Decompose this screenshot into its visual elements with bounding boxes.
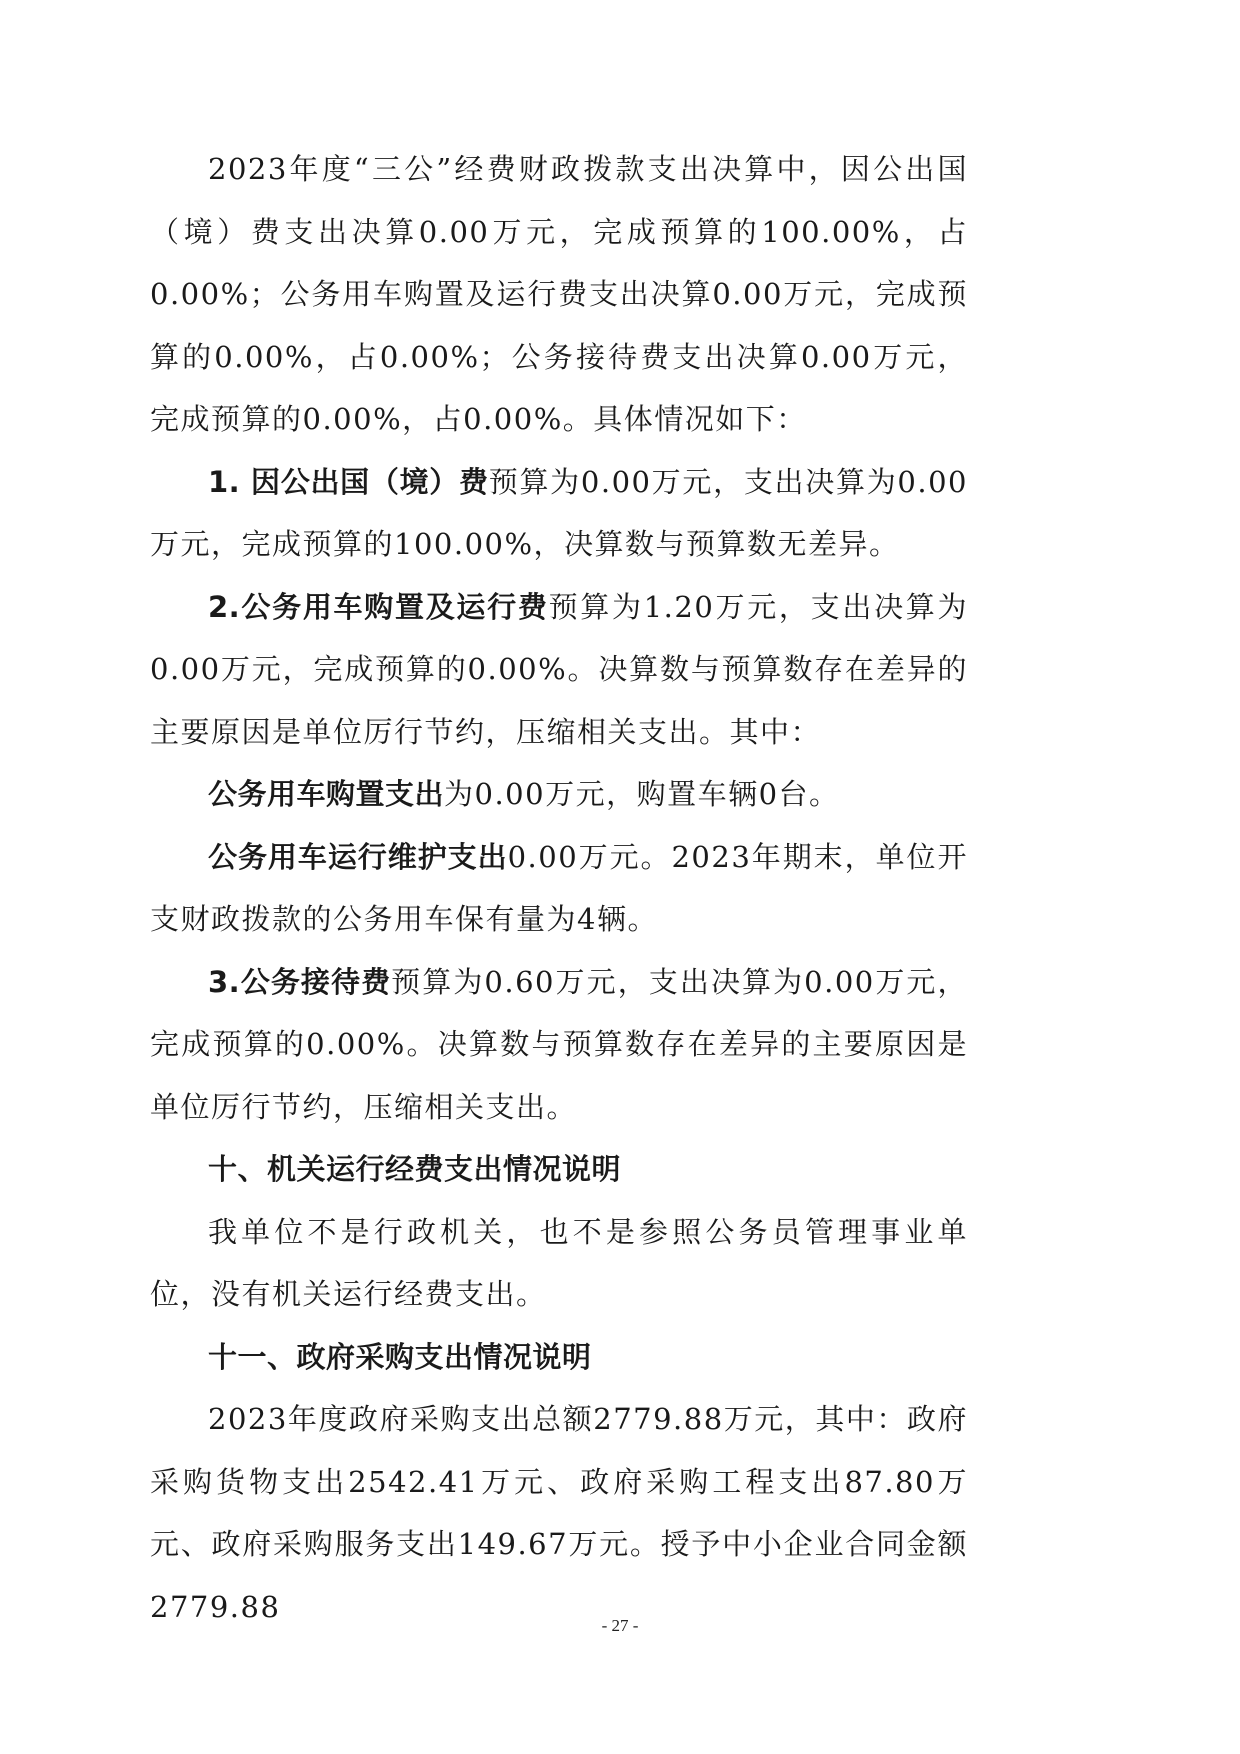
paragraph-reception: 3.公务接待费预算为0.60万元，支出决算为0.00万元，完成预算的0.00%。… <box>150 951 968 1139</box>
paragraph-procurement: 2023年度政府采购支出总额2779.88万元，其中：政府采购货物支出2542.… <box>150 1388 968 1638</box>
paragraph-bold-lead: 公务用车购置支出 <box>208 777 444 811</box>
paragraph-bold-lead: 2.公务用车购置及运行费 <box>208 590 549 624</box>
paragraph-text: 2023年度政府采购支出总额2779.88万元，其中：政府采购货物支出2542.… <box>150 1402 968 1624</box>
paragraph-bold-lead: 3.公务接待费 <box>208 965 391 999</box>
section-heading-11: 十一、政府采购支出情况说明 <box>150 1326 968 1389</box>
paragraph-vehicle-expenses: 2.公务用车购置及运行费预算为1.20万元，支出决算为0.00万元，完成预算的0… <box>150 576 968 764</box>
paragraph-vehicle-maintenance: 公务用车运行维护支出0.00万元。2023年期末，单位开支财政拨款的公务用车保有… <box>150 826 968 951</box>
page-number: - 27 - <box>0 1616 1240 1636</box>
document-page: 2023年度“三公”经费财政拨款支出决算中，因公出国（境）费支出决算0.00万元… <box>150 138 968 1638</box>
paragraph-text: 我单位不是行政机关，也不是参照公务员管理事业单位，没有机关运行经费支出。 <box>150 1215 968 1312</box>
paragraph-bold-lead: 1. 因公出国（境）费 <box>208 465 489 499</box>
paragraph-text: 2023年度“三公”经费财政拨款支出决算中，因公出国（境）费支出决算0.00万元… <box>150 152 968 436</box>
paragraph-sangong-summary: 2023年度“三公”经费财政拨款支出决算中，因公出国（境）费支出决算0.00万元… <box>150 138 968 451</box>
paragraph-text: 为0.00万元，购置车辆0台。 <box>444 777 840 811</box>
paragraph-bold-lead: 公务用车运行维护支出 <box>208 840 508 874</box>
section-heading-10: 十、机关运行经费支出情况说明 <box>150 1138 968 1201</box>
paragraph-vehicle-purchase: 公务用车购置支出为0.00万元，购置车辆0台。 <box>150 763 968 826</box>
paragraph-overseas-travel: 1. 因公出国（境）费预算为0.00万元，支出决算为0.00万元，完成预算的10… <box>150 451 968 576</box>
paragraph-operating-costs: 我单位不是行政机关，也不是参照公务员管理事业单位，没有机关运行经费支出。 <box>150 1201 968 1326</box>
